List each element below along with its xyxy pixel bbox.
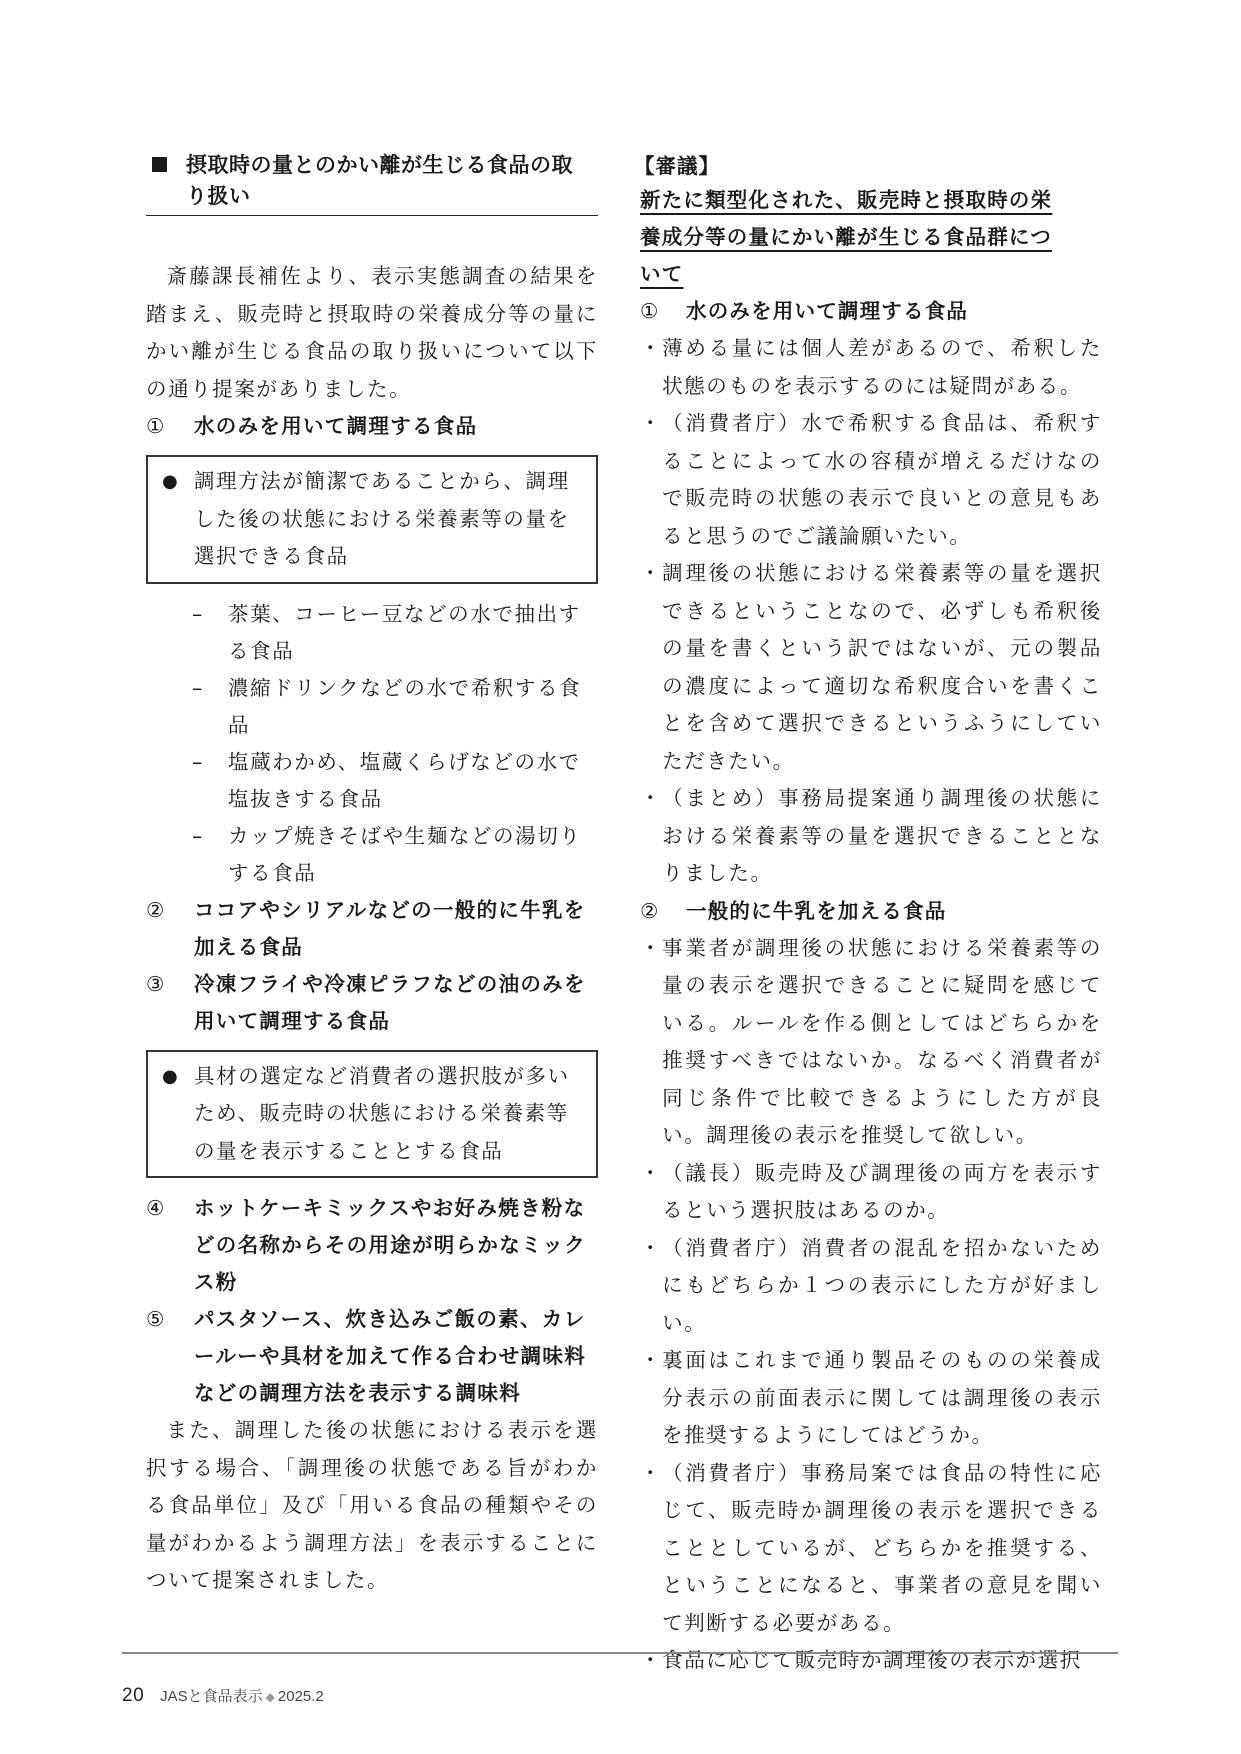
journal-title: JASと食品表示 [160, 1685, 263, 1706]
list-item-text: （議長）販売時及び調理後の両方を表示するという選択肢はあるのか。 [662, 1155, 1102, 1230]
page-number: 20 [122, 1685, 144, 1707]
list-item-text: （まとめ）事務局提案通り調理後の状態における栄養素等の量を選択できることとなりま… [662, 780, 1102, 893]
list-item-text: （消費者庁）事務局案では食品の特性に応じて、販売時か調理後の表示を選択できること… [662, 1455, 1102, 1643]
list-item-text: 塩蔵わかめ、塩蔵くらげなどの水で塩抜きする食品 [228, 744, 598, 818]
deliberation-section-2-list: ・事業者が調理後の状態における栄養素等の量の表示を選択できることに疑問を感じてい… [640, 930, 1102, 1680]
dash-icon: – [146, 670, 228, 744]
deliberation-subtitle: 新たに類型化された、販売時と摂取時の栄養成分等の量にかい離が生じる食品群について [640, 182, 1055, 293]
dash-icon: – [146, 596, 228, 670]
list-item: – 塩蔵わかめ、塩蔵くらげなどの水で塩抜きする食品 [146, 744, 598, 818]
note-box-text: 調理方法が簡潔であることから、調理した後の状態における栄養素等の量を選択できる食… [194, 463, 586, 576]
document-page: 摂取時の量とのかい離が生じる食品の取り扱い 斎藤課長補佐より、表示実態調査の結果… [0, 0, 1241, 1754]
filled-circle-icon: ● [162, 463, 194, 576]
item-number: ③ [146, 966, 194, 1040]
list-item-text: 食品に応じて販売時か調理後の表示が選択 [662, 1642, 1102, 1680]
list-item-text: 濃縮ドリンクなどの水で希釈する食品 [228, 670, 598, 744]
deliberation-section-1-heading: ① 水のみを用いて調理する食品 [640, 293, 1102, 330]
bullet-dot-icon: ・ [640, 1230, 662, 1343]
issue-date: 2025.2 [278, 1688, 324, 1705]
bullet-dot-icon: ・ [640, 1342, 662, 1455]
list-item: ・（消費者庁）事務局案では食品の特性に応じて、販売時か調理後の表示を選択できるこ… [640, 1455, 1102, 1643]
list-item: ・事業者が調理後の状態における栄養素等の量の表示を選択できることに疑問を感じてい… [640, 930, 1102, 1155]
proposal-item-2: ② ココアやシリアルなどの一般的に牛乳を加える食品 [146, 892, 598, 966]
proposal-item-5: ⑤ パスタソース、炊き込みご飯の素、カレールーや具材を加えて作る合わせ調味料など… [146, 1301, 598, 1412]
list-item: – 濃縮ドリンクなどの水で希釈する食品 [146, 670, 598, 744]
example-list: – 茶葉、コーヒー豆などの水で抽出する食品 – 濃縮ドリンクなどの水で希釈する食… [146, 596, 598, 892]
bullet-dot-icon: ・ [640, 1642, 662, 1680]
item-text: パスタソース、炊き込みご飯の素、カレールーや具材を加えて作る合わせ調味料などの調… [194, 1301, 598, 1412]
list-item: – カップ焼きそばや生麺などの湯切りする食品 [146, 818, 598, 892]
section-heading-text: 摂取時の量とのかい離が生じる食品の取り扱い [186, 153, 573, 208]
bullet-dot-icon: ・ [640, 330, 662, 405]
deliberation-section-2-heading: ② 一般的に牛乳を加える食品 [640, 893, 1102, 930]
list-item-text: （消費者庁）消費者の混乱を招かないためにもどちらか１つの表示にした方が好ましい。 [662, 1230, 1102, 1343]
bullet-dot-icon: ・ [640, 405, 662, 555]
list-item: ・（消費者庁）消費者の混乱を招かないためにもどちらか１つの表示にした方が好ましい… [640, 1230, 1102, 1343]
note-box-1: ● 調理方法が簡潔であることから、調理した後の状態における栄養素等の量を選択でき… [146, 455, 598, 584]
list-item: ・裏面はこれまで通り製品そのものの栄養成分表示の前面表示に関しては調理後の表示を… [640, 1342, 1102, 1455]
item-text: 水のみを用いて調理する食品 [194, 408, 598, 445]
bullet-dot-icon: ・ [640, 1155, 662, 1230]
list-item-text: 裏面はこれまで通り製品そのものの栄養成分表示の前面表示に関しては調理後の表示を推… [662, 1342, 1102, 1455]
list-item: ・薄める量には個人差があるので、希釈した状態のものを表示するのには疑問がある。 [640, 330, 1102, 405]
proposal-item-4: ④ ホットケーキミックスやお好み焼き粉などの名称からその用途が明らかなミックス粉 [146, 1190, 598, 1301]
dash-icon: – [146, 744, 228, 818]
bullet-dot-icon: ・ [640, 555, 662, 780]
list-item: ・（議長）販売時及び調理後の両方を表示するという選択肢はあるのか。 [640, 1155, 1102, 1230]
list-item-text: カップ焼きそばや生麺などの湯切りする食品 [228, 818, 598, 892]
bullet-dot-icon: ・ [640, 780, 662, 893]
note-box-2: ● 具材の選定など消費者の選択肢が多いため、販売時の状態における栄養素等の量を表… [146, 1050, 598, 1179]
list-item-text: 薄める量には個人差があるので、希釈した状態のものを表示するのには疑問がある。 [662, 330, 1102, 405]
list-item-text: （消費者庁）水で希釈する食品は、希釈することによって水の容積が増えるだけなので販… [662, 405, 1102, 555]
proposal-item-1: ① 水のみを用いて調理する食品 [146, 408, 598, 445]
note-box-text: 具材の選定など消費者の選択肢が多いため、販売時の状態における栄養素等の量を表示す… [194, 1058, 586, 1171]
page-footer: 20 JASと食品表示 ◆ 2025.2 [122, 1685, 324, 1707]
list-item-text: 茶葉、コーヒー豆などの水で抽出する食品 [228, 596, 598, 670]
footer-divider [122, 1652, 1118, 1654]
list-item: ・（まとめ）事務局提案通り調理後の状態における栄養素等の量を選択できることとなり… [640, 780, 1102, 893]
list-item: ・食品に応じて販売時か調理後の表示が選択 [640, 1642, 1102, 1680]
list-item-text: 調理後の状態における栄養素等の量を選択できるということなので、必ずしも希釈後の量… [662, 555, 1102, 780]
filled-circle-icon: ● [162, 1058, 194, 1171]
item-number: ⑤ [146, 1301, 194, 1412]
square-bullet-icon [152, 157, 167, 172]
item-number: ② [146, 892, 194, 966]
bullet-dot-icon: ・ [640, 930, 662, 1155]
section-number: ② [640, 893, 686, 930]
list-item: – 茶葉、コーヒー豆などの水で抽出する食品 [146, 596, 598, 670]
list-item-text: 事業者が調理後の状態における栄養素等の量の表示を選択できることに疑問を感じている… [662, 930, 1102, 1155]
section-heading-text: 一般的に牛乳を加える食品 [686, 893, 946, 930]
closing-paragraph: また、調理した後の状態における表示を選択する場合、「調理後の状態である旨がわかる… [146, 1412, 598, 1600]
item-number: ① [146, 408, 194, 445]
item-number: ④ [146, 1190, 194, 1301]
item-text: ホットケーキミックスやお好み焼き粉などの名称からその用途が明らかなミックス粉 [194, 1190, 598, 1301]
proposal-item-3: ③ 冷凍フライや冷凍ピラフなどの油のみを用いて調理する食品 [146, 966, 598, 1040]
deliberation-title: 【審議】 [634, 150, 1102, 182]
item-text: 冷凍フライや冷凍ピラフなどの油のみを用いて調理する食品 [194, 966, 598, 1040]
left-column: 摂取時の量とのかい離が生じる食品の取り扱い 斎藤課長補佐より、表示実態調査の結果… [146, 150, 598, 1600]
intro-paragraph: 斎藤課長補佐より、表示実態調査の結果を踏まえ、販売時と摂取時の栄養成分等の量にか… [146, 258, 598, 408]
dash-icon: – [146, 818, 228, 892]
right-column: 【審議】 新たに類型化された、販売時と摂取時の栄養成分等の量にかい離が生じる食品… [640, 150, 1102, 1680]
section-number: ① [640, 293, 686, 330]
list-item: ・調理後の状態における栄養素等の量を選択できるということなので、必ずしも希釈後の… [640, 555, 1102, 780]
diamond-icon: ◆ [266, 1690, 275, 1704]
item-text: ココアやシリアルなどの一般的に牛乳を加える食品 [194, 892, 598, 966]
section-heading-text: 水のみを用いて調理する食品 [686, 293, 968, 330]
section-heading: 摂取時の量とのかい離が生じる食品の取り扱い [146, 150, 598, 216]
deliberation-section-1-list: ・薄める量には個人差があるので、希釈した状態のものを表示するのには疑問がある。 … [640, 330, 1102, 893]
list-item: ・（消費者庁）水で希釈する食品は、希釈することによって水の容積が増えるだけなので… [640, 405, 1102, 555]
bullet-dot-icon: ・ [640, 1455, 662, 1643]
